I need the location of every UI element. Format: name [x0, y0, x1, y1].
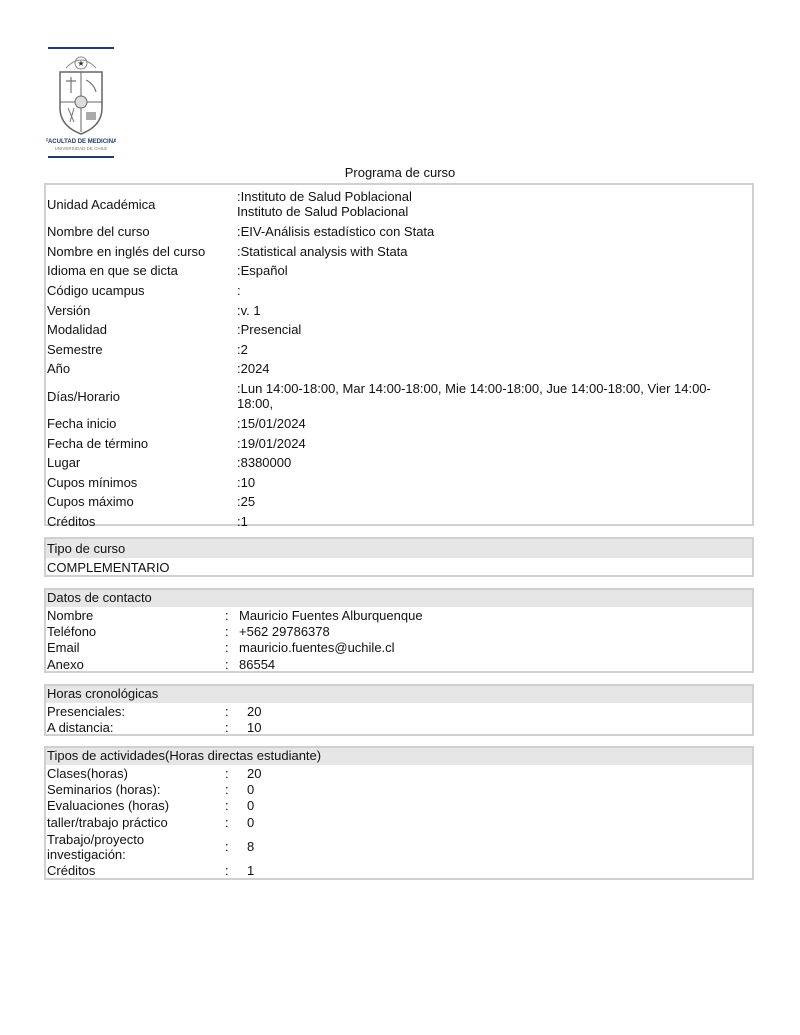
info-row: Modalidad:Presencial [46, 320, 752, 340]
colon: : [225, 798, 247, 813]
activity-label: Evaluaciones (horas) [46, 798, 225, 813]
contact-value: 86554 [239, 657, 752, 672]
section-header: Datos de contacto [46, 590, 752, 607]
activity-label: Clases(horas) [46, 766, 225, 781]
colon: : [225, 640, 239, 655]
info-label: Semestre [46, 342, 237, 357]
info-value: :2024 [237, 361, 752, 376]
contact-label: Teléfono [46, 624, 225, 639]
hours-label: Presenciales: [46, 704, 225, 719]
info-row: Fecha inicio:15/01/2024 [46, 414, 752, 434]
info-label: Unidad Académica [46, 197, 237, 212]
info-value-line: Instituto de Salud Poblacional [237, 204, 752, 219]
colon: : [225, 782, 247, 797]
contact-value: Mauricio Fuentes Alburquenque [239, 608, 752, 623]
activity-value: 8 [247, 839, 752, 854]
contact-label: Email [46, 640, 225, 655]
info-value: :1 [237, 514, 752, 529]
contact-value: +562 29786378 [239, 624, 752, 639]
info-value: :Lun 14:00-18:00, Mar 14:00-18:00, Mie 1… [237, 381, 752, 411]
info-value: :10 [237, 475, 752, 490]
info-label: Fecha inicio [46, 416, 237, 431]
activity-row: Evaluaciones (horas):0 [46, 798, 752, 814]
info-row: Código ucampus: [46, 281, 752, 301]
activity-row: Clases(horas):20 [46, 765, 752, 781]
hours-label: A distancia: [46, 720, 225, 735]
contact-email[interactable]: mauricio.fuentes@uchile.cl [239, 640, 752, 655]
info-row-horario: Días/Horario:Lun 14:00-18:00, Mar 14:00-… [46, 379, 752, 414]
svg-text:UNIVERSIDAD DE CHILE: UNIVERSIDAD DE CHILE [55, 146, 108, 151]
info-value: :Instituto de Salud Poblacional Institut… [237, 189, 752, 219]
info-label: Año [46, 361, 237, 376]
colon: : [225, 657, 239, 672]
hours-value: 20 [247, 704, 752, 719]
info-row: Lugar:8380000 [46, 453, 752, 473]
info-row: Cupos mínimos:10 [46, 473, 752, 493]
info-label: Créditos [46, 514, 237, 529]
info-value: :Statistical analysis with Stata [237, 244, 752, 259]
info-row: Semestre:2 [46, 340, 752, 360]
info-value-line: :Instituto de Salud Poblacional [237, 189, 752, 204]
info-row: Año:2024 [46, 359, 752, 379]
contact-label: Nombre [46, 608, 225, 623]
info-label: Versión [46, 303, 237, 318]
info-value: :Presencial [237, 322, 752, 337]
colon: : [225, 863, 247, 878]
page-title: Programa de curso [0, 165, 800, 180]
info-value: :Español [237, 263, 752, 278]
course-type-value: COMPLEMENTARIO [46, 558, 752, 577]
activity-row: taller/trabajo práctico:0 [46, 814, 752, 830]
info-label: Modalidad [46, 322, 237, 337]
info-row: Créditos:1 [46, 512, 752, 532]
section-header: Tipo de curso [46, 539, 752, 558]
info-label: Días/Horario [46, 389, 237, 404]
info-label: Cupos mínimos [46, 475, 237, 490]
colon: : [225, 704, 247, 719]
info-value: :EIV-Análisis estadístico con Stata [237, 224, 752, 239]
info-label: Cupos máximo [46, 494, 237, 509]
colon: : [225, 815, 247, 830]
course-info-table: Unidad Académica :Instituto de Salud Pob… [44, 183, 754, 526]
info-row-unidad: Unidad Académica :Instituto de Salud Pob… [46, 186, 752, 222]
contact-label: Anexo [46, 657, 225, 672]
contact-row: Email:mauricio.fuentes@uchile.cl [46, 640, 752, 656]
faculty-logo: ★ FACULTAD DE MEDICINA UNIVERSIDAD DE CH… [46, 46, 116, 160]
info-label: Lugar [46, 455, 237, 470]
university-crest-icon: ★ FACULTAD DE MEDICINA UNIVERSIDAD DE CH… [46, 46, 116, 160]
info-value: :v. 1 [237, 303, 752, 318]
colon: : [225, 766, 247, 781]
info-row: Fecha de término:19/01/2024 [46, 433, 752, 453]
activity-value: 0 [247, 798, 752, 813]
info-label: Fecha de término [46, 436, 237, 451]
info-value: : [237, 283, 752, 298]
activities-section: Tipos de actividades(Horas directas estu… [44, 746, 754, 880]
activity-label: Créditos [46, 863, 225, 878]
svg-text:★: ★ [77, 59, 84, 68]
info-label: Nombre del curso [46, 224, 237, 239]
info-row: Nombre del curso:EIV-Análisis estadístic… [46, 222, 752, 242]
info-row: Idioma en que se dicta:Español [46, 261, 752, 281]
hours-section: Horas cronológicas Presenciales::20 A di… [44, 684, 754, 736]
colon: : [225, 624, 239, 639]
contact-row: Anexo:86554 [46, 656, 752, 672]
contact-row: Nombre:Mauricio Fuentes Alburquenque [46, 607, 752, 623]
activity-row: Créditos:1 [46, 863, 752, 879]
activity-row: Trabajo/proyecto investigación::8 [46, 831, 752, 863]
contact-section: Datos de contacto Nombre:Mauricio Fuente… [44, 588, 754, 673]
info-row: Versión:v. 1 [46, 300, 752, 320]
section-header: Tipos de actividades(Horas directas estu… [46, 748, 752, 765]
activity-label: taller/trabajo práctico [46, 815, 225, 830]
info-label: Nombre en inglés del curso [46, 244, 237, 259]
colon: : [225, 720, 247, 735]
activity-value: 1 [247, 863, 752, 878]
info-row: Nombre en inglés del curso:Statistical a… [46, 242, 752, 262]
colon: : [225, 839, 247, 854]
svg-text:FACULTAD DE MEDICINA: FACULTAD DE MEDICINA [46, 139, 116, 145]
section-header: Horas cronológicas [46, 686, 752, 703]
info-value: :8380000 [237, 455, 752, 470]
activity-value: 0 [247, 815, 752, 830]
info-value: :25 [237, 494, 752, 509]
activity-label: Seminarios (horas): [46, 782, 225, 797]
info-value: :15/01/2024 [237, 416, 752, 431]
hours-row: Presenciales::20 [46, 703, 752, 719]
info-value: :2 [237, 342, 752, 357]
hours-row: A distancia::10 [46, 719, 752, 735]
info-row: Cupos máximo:25 [46, 492, 752, 512]
colon: : [225, 608, 239, 623]
info-label: Idioma en que se dicta [46, 263, 237, 278]
activity-value: 0 [247, 782, 752, 797]
info-label: Código ucampus [46, 283, 237, 298]
activity-row: Seminarios (horas)::0 [46, 781, 752, 797]
info-value: :19/01/2024 [237, 436, 752, 451]
contact-row: Teléfono:+562 29786378 [46, 623, 752, 639]
activity-value: 20 [247, 766, 752, 781]
hours-value: 10 [247, 720, 752, 735]
activity-label: Trabajo/proyecto investigación: [46, 832, 157, 862]
course-type-section: Tipo de curso COMPLEMENTARIO [44, 537, 754, 577]
